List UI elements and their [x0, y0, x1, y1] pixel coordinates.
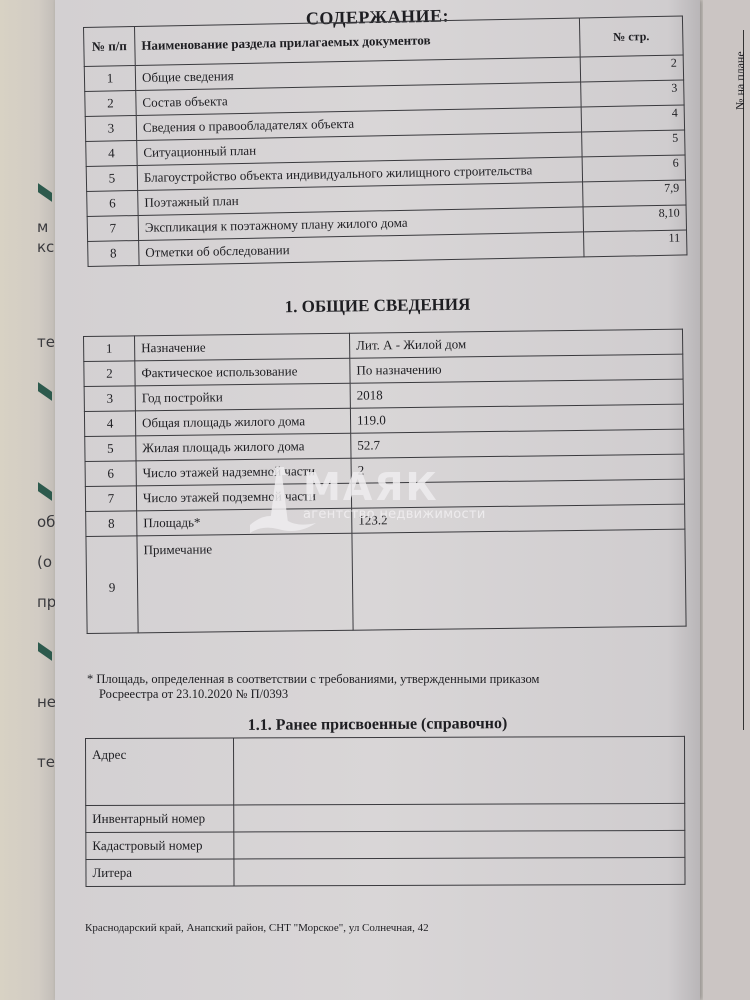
- left-fragment: те: [37, 753, 55, 771]
- toc-row-num: 6: [87, 190, 138, 216]
- general-row-label: Фактическое использование: [135, 358, 350, 386]
- document-page: СОДЕРЖАНИЕ: № п/п Наименование раздела п…: [55, 0, 700, 1000]
- general-row-label: Число этажей надземной части: [136, 458, 351, 486]
- general-row-label: Примечание: [137, 533, 353, 633]
- adjacent-left-page: м кс те об (о пр не те: [0, 0, 55, 1000]
- footnote-line-2: Росреестра от 23.10.2020 № П/0393: [87, 687, 647, 702]
- right-table-edge: [743, 30, 750, 730]
- general-row-label: Число этажей подземной части: [136, 483, 351, 511]
- right-page-header: № на плане: [733, 51, 748, 110]
- left-fragment: кс: [37, 238, 54, 256]
- toc-row-page: 5: [582, 130, 685, 157]
- left-fragment: (о: [37, 553, 52, 571]
- area-footnote: * Площадь, определенная в соответствии с…: [87, 672, 647, 702]
- toc-row-num: 4: [86, 140, 137, 166]
- previous-row-value: [234, 803, 685, 832]
- bullet-marker-icon: [38, 482, 52, 501]
- toc-row-num: 5: [86, 165, 137, 191]
- general-row-num: 7: [85, 486, 136, 512]
- general-row-label: Площадь*: [137, 508, 352, 536]
- previous-assigned-table: АдресИнвентарный номерКадастровый номерЛ…: [85, 736, 686, 887]
- general-row: 9Примечание: [86, 529, 686, 633]
- previous-row-value: [234, 857, 685, 886]
- bullet-marker-icon: [38, 382, 52, 401]
- left-fragment: не: [37, 693, 56, 711]
- bullet-marker-icon: [38, 183, 52, 202]
- footer-address: Краснодарский край, Анапский район, СНТ …: [85, 922, 429, 934]
- general-row-label: Жилая площадь жилого дома: [136, 433, 351, 461]
- left-fragment: об: [37, 513, 55, 531]
- general-row-num: 1: [84, 336, 135, 362]
- left-fragment: пр: [37, 593, 56, 611]
- toc-row-page: 11: [584, 230, 687, 257]
- previous-row-label: Адрес: [86, 738, 234, 806]
- previous-row-value: [234, 736, 685, 805]
- previous-row: Инвентарный номер: [86, 803, 685, 832]
- general-row-num: 2: [84, 361, 135, 387]
- general-row-label: Общая площадь жилого дома: [135, 408, 350, 436]
- left-fragment: те: [37, 333, 55, 351]
- bullet-marker-icon: [38, 642, 52, 661]
- previous-row-label: Литера: [86, 859, 234, 887]
- toc-header-num: № п/п: [84, 27, 136, 67]
- toc-table: № п/п Наименование раздела прилагаемых д…: [83, 15, 687, 266]
- general-info-table: 1НазначениеЛит. А - Жилой дом2Фактическо…: [83, 329, 687, 634]
- previous-row: Адрес: [86, 736, 685, 805]
- toc-row-page: 2: [580, 55, 683, 82]
- previous-row-label: Кадастровый номер: [86, 832, 234, 860]
- toc-row-page: 3: [581, 80, 684, 107]
- general-row-num: 8: [86, 511, 137, 537]
- toc-row-num: 7: [87, 215, 138, 241]
- general-row-num: 5: [85, 436, 136, 462]
- toc-row-num: 1: [84, 66, 135, 92]
- toc-row-page: 7,9: [583, 180, 686, 207]
- general-row-label: Год постройки: [135, 383, 350, 411]
- adjacent-right-page: № на плане: [703, 0, 750, 1000]
- general-row-num: 6: [85, 461, 136, 487]
- general-row-num: 9: [86, 536, 138, 634]
- previous-row-label: Инвентарный номер: [86, 805, 234, 833]
- toc-row-num: 3: [85, 115, 136, 141]
- footnote-line-1: * Площадь, определенная в соответствии с…: [87, 672, 647, 687]
- general-row-label: Назначение: [135, 333, 350, 361]
- previous-section-title: 1.1. Ранее присвоенные (справочно): [55, 714, 700, 737]
- general-row-num: 4: [84, 411, 135, 437]
- toc-row-num: 8: [88, 240, 139, 266]
- general-row-num: 3: [84, 386, 135, 412]
- previous-row-value: [234, 830, 685, 859]
- previous-row: Литера: [86, 857, 685, 886]
- toc-row-num: 2: [85, 90, 136, 116]
- toc-row-page: 4: [581, 105, 684, 132]
- previous-row: Кадастровый номер: [86, 830, 685, 859]
- toc-row-page: 6: [582, 155, 685, 182]
- left-fragment: м: [37, 218, 48, 236]
- toc-header-page: № стр.: [579, 16, 683, 57]
- toc-row-page: 8,10: [583, 205, 686, 232]
- general-section-title: 1. ОБЩИЕ СВЕДЕНИЯ: [55, 291, 700, 320]
- general-row-value: [352, 529, 686, 630]
